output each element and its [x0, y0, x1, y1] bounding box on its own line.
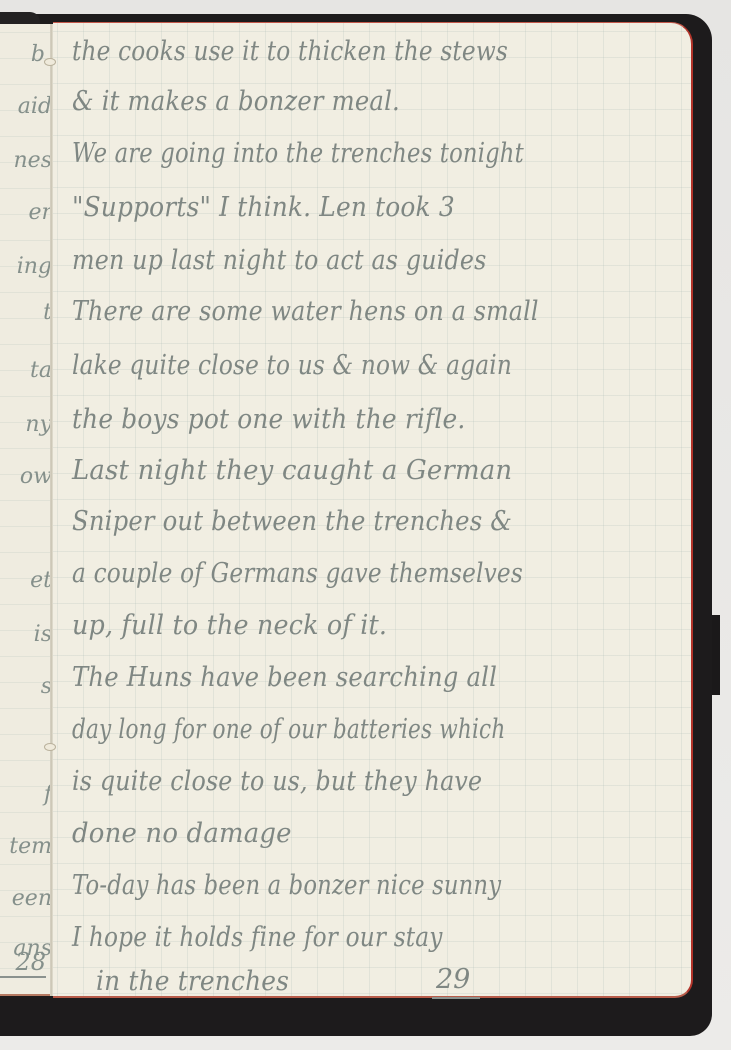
left-fragment: t [0, 300, 52, 325]
left-page-number: 28 [0, 948, 46, 978]
left-fragment: ing [0, 254, 52, 279]
left-fragment: nes [0, 148, 52, 173]
text-line: day long for one of our batteries which [72, 714, 505, 745]
left-fragment: ny [0, 412, 52, 437]
text-line: There are some water hens on a small [72, 296, 539, 327]
cover-notch [712, 615, 720, 695]
text-line: The Huns have been searching all [72, 662, 497, 693]
text-line: is quite close to us, but they have [72, 766, 482, 797]
binding-gutter [50, 24, 53, 996]
stitch-mark [44, 743, 56, 751]
left-fragment: ta [0, 358, 52, 383]
text-line: Last night they caught a German [72, 455, 512, 486]
left-fragment: tem [0, 834, 52, 859]
left-fragment: aid [0, 94, 52, 119]
text-line: a couple of Germans gave themselves [72, 558, 523, 589]
text-line: in the trenches [96, 966, 289, 997]
left-fragment: f [0, 782, 52, 807]
left-fragment: et [0, 568, 52, 593]
text-line: the boys pot one with the rifle. [72, 404, 466, 435]
text-line: Sniper out between the trenches & [72, 506, 512, 537]
right-page-number: 29 [432, 964, 480, 999]
text-line: To-day has been a bonzer nice sunny [72, 870, 501, 901]
text-line: & it makes a bonzer meal. [72, 86, 400, 117]
text-line: We are going into the trenches tonight [72, 138, 524, 169]
text-line: "Supports" I think. Len took 3 [72, 192, 455, 223]
left-page: b. aid nes er ing t ta ny ow et is s f t… [0, 24, 52, 996]
text-line: lake quite close to us & now & again [72, 350, 512, 381]
text-line: the cooks use it to thicken the stews [72, 36, 508, 67]
text-line: I hope it holds fine for our stay [72, 922, 443, 953]
left-fragment: s [0, 674, 52, 699]
text-line: done no damage [72, 818, 292, 849]
text-line: up, full to the neck of it. [72, 610, 387, 641]
stitch-mark [44, 58, 56, 66]
left-fragment: is [0, 622, 52, 647]
text-line: men up last night to act as guides [72, 245, 487, 276]
left-fragment: ow [0, 464, 52, 489]
left-fragment: een [0, 886, 52, 911]
left-fragment: er [0, 200, 52, 225]
